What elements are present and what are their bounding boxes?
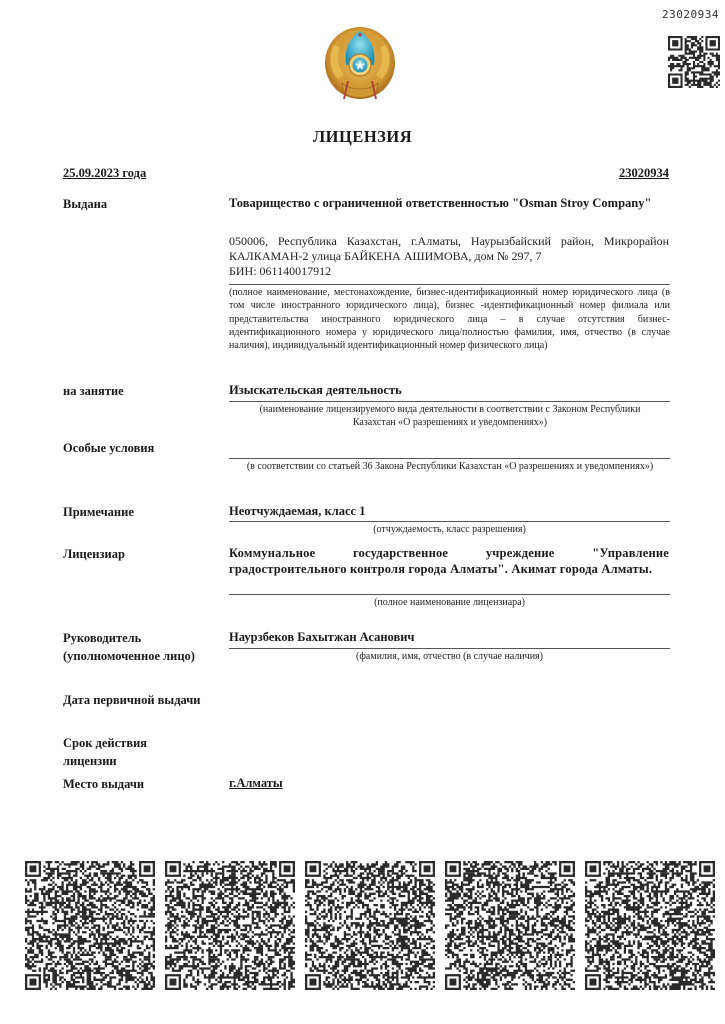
- divider: [229, 521, 670, 522]
- head-label-line1: Руководитель: [63, 629, 195, 647]
- note-hint: (отчуждаемость, класс разрешения): [229, 523, 670, 536]
- qr-code-icon: [445, 861, 575, 990]
- divider: [229, 594, 670, 595]
- divider: [229, 458, 670, 459]
- head-hint: (фамилия, имя, отчество (в случае наличи…: [229, 650, 670, 663]
- place-of-issue-value: г.Алматы: [229, 775, 669, 792]
- licensor-label: Лицензиар: [63, 545, 125, 563]
- issued-to-bin: БИН: 061140017912: [229, 264, 669, 279]
- validity-label-line2: лицензии: [63, 752, 147, 770]
- qr-code-icon: [165, 861, 295, 990]
- note-label: Примечание: [63, 503, 134, 521]
- special-conditions-label: Особые условия: [63, 439, 154, 457]
- issued-to-hint: (полное наименование, местонахождение, б…: [229, 286, 670, 352]
- validity-label-line1: Срок действия: [63, 734, 147, 752]
- divider: [229, 284, 670, 285]
- page-title: ЛИЦЕНЗИЯ: [0, 127, 725, 147]
- licensor-value: Коммунальное государственное учреждение …: [229, 545, 669, 577]
- divider: [229, 648, 670, 649]
- issue-date: 25.09.2023 года: [63, 166, 146, 181]
- qr-code-icon: [305, 861, 435, 990]
- issued-to-name: Товарищество с ограниченной ответственно…: [229, 195, 669, 212]
- document-number-top: 23020934: [662, 8, 719, 21]
- issued-to-address: 050006, Республика Казахстан, г.Алматы, …: [229, 234, 669, 264]
- qr-code-icon: [25, 861, 155, 990]
- activity-hint: (наименование лицензируемого вида деятел…: [250, 403, 650, 430]
- activity-value: Изыскательская деятельность: [229, 382, 669, 399]
- head-value: Наурзбеков Бахытжан Асанович: [229, 629, 669, 646]
- license-number: 23020934: [619, 166, 669, 181]
- qr-code-icon: [585, 861, 715, 990]
- state-emblem-icon: [322, 25, 398, 103]
- head-label: Руководитель (уполномоченное лицо): [63, 629, 195, 665]
- issued-to-label: Выдана: [63, 195, 107, 213]
- head-label-line2: (уполномоченное лицо): [63, 647, 195, 665]
- validity-label: Срок действия лицензии: [63, 734, 147, 770]
- note-value: Неотчуждаемая, класс 1: [229, 503, 669, 520]
- activity-label: на занятие: [63, 382, 124, 400]
- first-issue-date-label: Дата первичной выдачи: [63, 691, 201, 709]
- licensor-hint: (полное наименование лицензиара): [229, 596, 670, 609]
- divider: [229, 401, 670, 402]
- place-of-issue-label: Место выдачи: [63, 775, 144, 793]
- qr-code-icon: [668, 36, 720, 88]
- special-conditions-hint: (в соответствии со статьей 36 Закона Рес…: [245, 460, 655, 473]
